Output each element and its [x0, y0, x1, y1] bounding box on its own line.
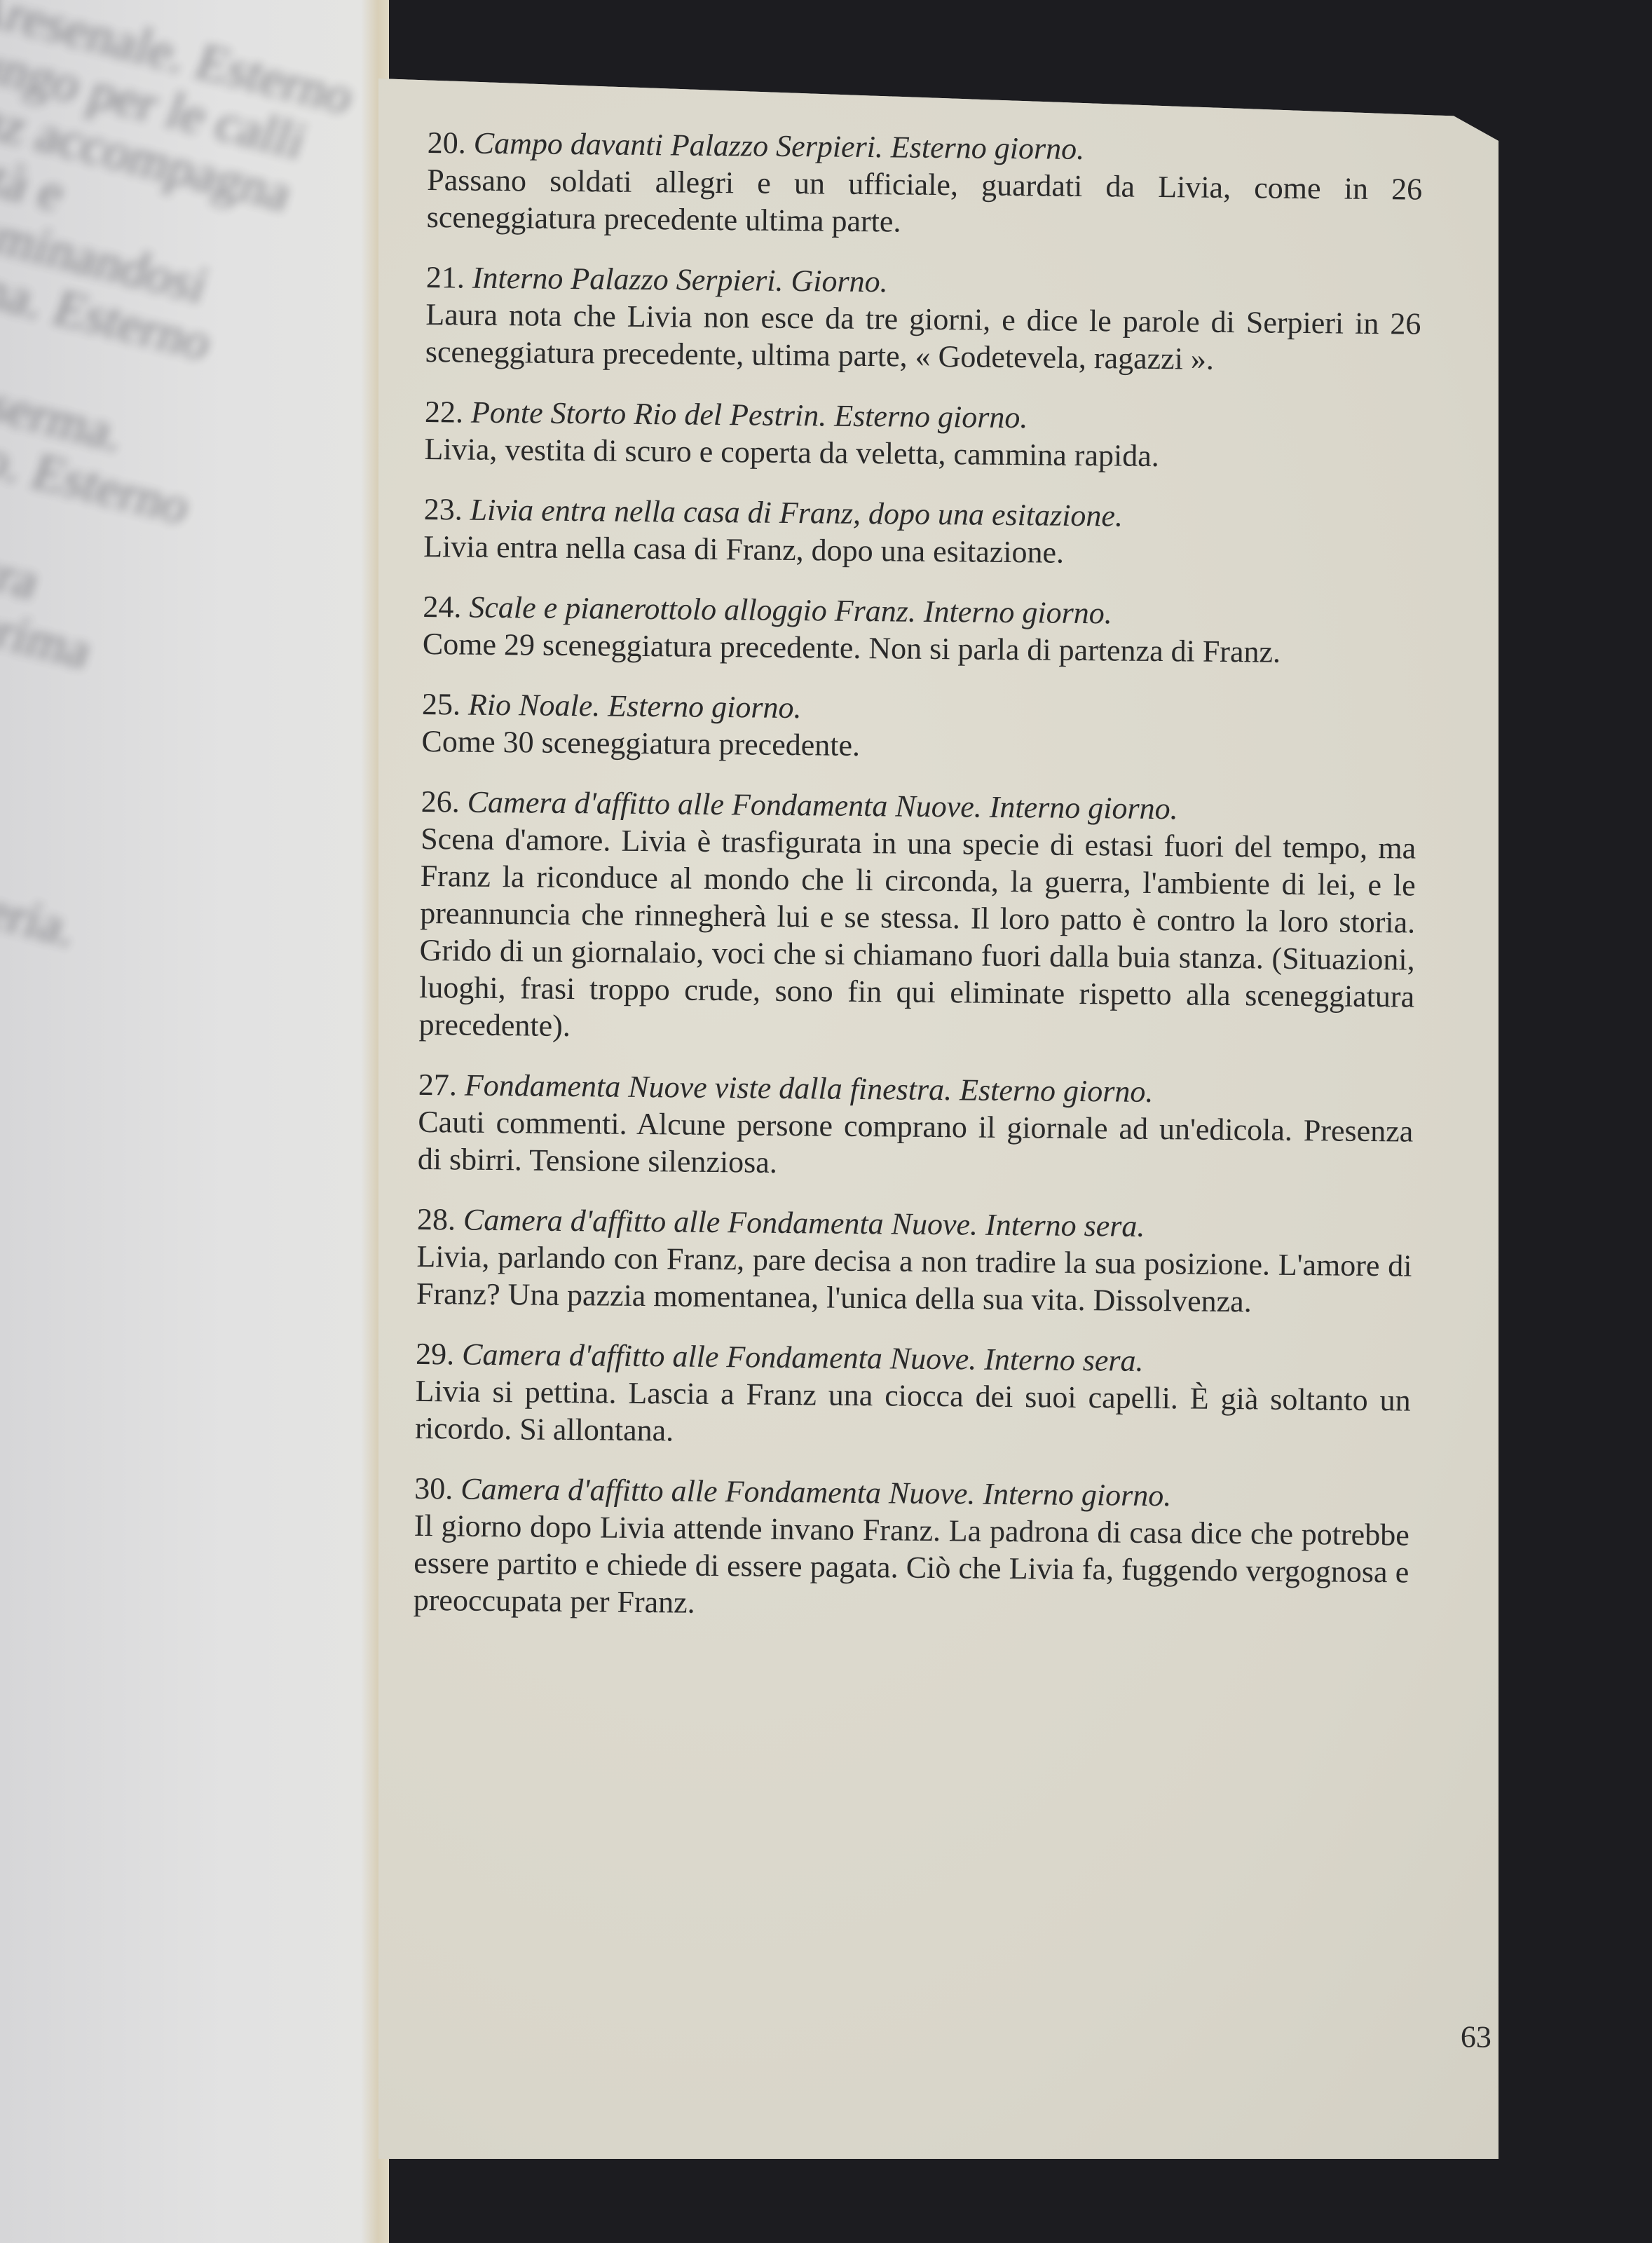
- scene-title: Ponte Storto Rio del Pestrin. Esterno gi…: [471, 395, 1028, 435]
- scene-number: 22.: [425, 395, 463, 430]
- scene-entry-23: 23. Livia entra nella casa di Franz, dop…: [423, 491, 1419, 575]
- scene-description: Scena d'amore. Livia è trasfigurata in u…: [418, 820, 1416, 1053]
- page-number: 63: [1461, 2019, 1491, 2054]
- scene-entry-25: 25. Rio Noale. Esterno giorno. Come 30 s…: [421, 686, 1417, 770]
- scene-number: 20.: [428, 125, 466, 161]
- scene-number: 23.: [423, 492, 462, 527]
- scene-number: 28.: [417, 1202, 456, 1237]
- page-content: 20. Campo davanti Palazzo Serpieri. Este…: [413, 125, 1423, 1652]
- scene-title: Campo davanti Palazzo Serpieri. Esterno …: [474, 126, 1085, 166]
- scene-description: Livia si pettina. Lascia a Franz una cio…: [415, 1372, 1411, 1457]
- scene-title: Camera d'affitto alle Fondamenta Nuove. …: [460, 1472, 1171, 1513]
- scene-description: Cauti commenti. Alcune persone comprano …: [418, 1103, 1414, 1187]
- scene-entry-26: 26. Camera d'affitto alle Fondamenta Nuo…: [418, 784, 1416, 1053]
- right-page: 20. Campo davanti Palazzo Serpieri. Este…: [378, 79, 1499, 2159]
- scene-title: Rio Noale. Esterno giorno.: [468, 688, 802, 725]
- scene-number: 30.: [414, 1471, 453, 1506]
- scene-description: Livia, parlando con Franz, pare decisa a…: [416, 1238, 1412, 1322]
- scene-title: Camera d'affitto alle Fondamenta Nuove. …: [463, 1203, 1145, 1243]
- scene-number: 25.: [422, 687, 460, 722]
- scene-title: Camera d'affitto alle Fondamenta Nuove. …: [467, 785, 1177, 826]
- scene-entry-21: 21. Interno Palazzo Serpieri. Giorno. La…: [425, 259, 1421, 380]
- scene-entry-29: 29. Camera d'affitto alle Fondamenta Nuo…: [415, 1336, 1411, 1457]
- scene-entry-27: 27. Fondamenta Nuove viste dalla finestr…: [418, 1067, 1414, 1187]
- scene-entry-22: 22. Ponte Storto Rio del Pestrin. Estern…: [424, 394, 1420, 477]
- scene-number: 29.: [416, 1337, 454, 1372]
- scene-title: Camera d'affitto alle Fondamenta Nuove. …: [462, 1337, 1144, 1378]
- book-photo: l'Aresenale. Esterno e lungo per le call…: [0, 0, 1652, 2243]
- scene-description: Laura nota che Livia non esce da tre gio…: [425, 296, 1421, 380]
- scene-description: Il giorno dopo Livia attende invano Fran…: [414, 1507, 1409, 1628]
- scene-number: 24.: [423, 589, 461, 625]
- scene-entry-28: 28. Camera d'affitto alle Fondamenta Nuo…: [416, 1201, 1412, 1322]
- scene-entry-24: 24. Scale e pianerottolo alloggio Franz.…: [423, 589, 1419, 672]
- scene-title: Livia entra nella casa di Franz, dopo un…: [470, 493, 1123, 533]
- left-facing-page-blurred: l'Aresenale. Esterno e lungo per le call…: [0, 0, 378, 2243]
- scene-number: 21.: [426, 260, 465, 295]
- scene-title: Interno Palazzo Serpieri. Giorno.: [472, 261, 888, 299]
- scene-entry-30: 30. Camera d'affitto alle Fondamenta Nuo…: [414, 1471, 1410, 1628]
- scene-number: 27.: [418, 1068, 457, 1103]
- scene-entry-20: 20. Campo davanti Palazzo Serpieri. Este…: [426, 125, 1422, 245]
- scene-description: Passano soldati allegri e un ufficiale, …: [426, 161, 1422, 245]
- left-page-blurred-text: l'Aresenale. Esterno e lungo per le call…: [0, 0, 378, 1940]
- scene-title: Fondamenta Nuove viste dalla finestra. E…: [465, 1068, 1154, 1109]
- scene-number: 26.: [421, 784, 459, 819]
- scene-title: Scale e pianerottolo alloggio Franz. Int…: [469, 590, 1112, 631]
